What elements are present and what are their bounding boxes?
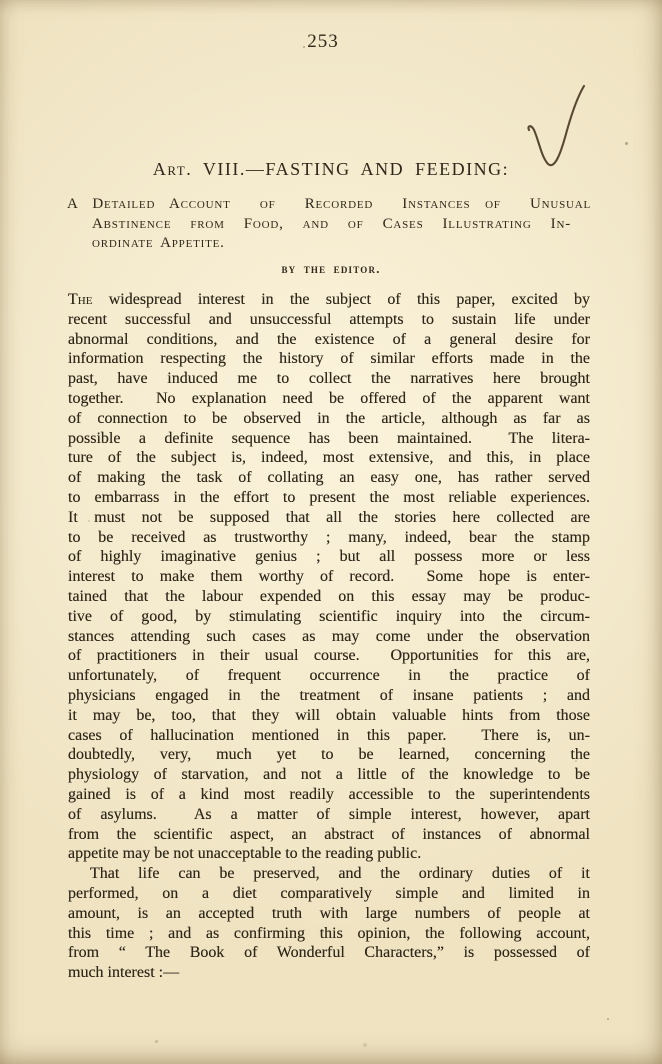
text-line: interest to make them worthy of record. …: [68, 567, 590, 587]
text-line: The widespread interest in the subject o…: [68, 290, 590, 310]
text-line: much interest :—: [68, 963, 590, 983]
text-line: cases of hallucination mentioned in this…: [68, 726, 590, 746]
text-line: abnormal conditions, and the existence o…: [68, 330, 590, 350]
text-line: physiology of starvation, and not a litt…: [68, 765, 590, 785]
text-line: possible a definite sequence has been ma…: [68, 429, 590, 449]
paper-speck: [625, 142, 628, 145]
text-line: of asylums. As a matter of simple intere…: [68, 805, 590, 825]
text-line: stances attending such cases as may come…: [68, 627, 590, 647]
paper-speck: [88, 520, 90, 522]
text-line: of connection to be observed in the arti…: [68, 409, 590, 429]
text-line: ture of the subject is, indeed, most ext…: [68, 448, 590, 468]
text-line: unfortunately, of frequent occurrence in…: [68, 666, 590, 686]
byline: by the editor.: [0, 262, 662, 277]
text-line: it may be, too, that they will obtain va…: [68, 706, 590, 726]
text-line: recent successful and unsuccessful attem…: [68, 310, 590, 330]
paper-speck: [303, 46, 305, 48]
book-page: 253 Art. VIII.—FASTING AND FEEDING: A De…: [0, 0, 662, 1064]
text-line: amount, is an accepted truth with large …: [68, 904, 590, 924]
text-line: That life can be preserved, and the ordi…: [68, 864, 590, 884]
article-title-text: VIII.—FASTING AND FEEDING:: [192, 159, 509, 179]
paper-speck: [575, 760, 577, 762]
text-line: tained that the labour expended on this …: [68, 587, 590, 607]
page-number: 253: [0, 31, 662, 53]
paragraph: That life can be preserved, and the ordi…: [68, 864, 590, 983]
text-line: this time ; and as confirming this opini…: [68, 924, 590, 944]
article-title: Art. VIII.—FASTING AND FEEDING:: [0, 159, 662, 180]
subtitle-line: A Detailed Account of Recorded Instances…: [67, 195, 591, 215]
text-line: appetite may be not unacceptable to the …: [68, 844, 590, 864]
text-line: from “ The Book of Wonderful Characters,…: [68, 943, 590, 963]
article-body: The widespread interest in the subject o…: [68, 290, 590, 983]
article-subtitle: A Detailed Account of Recorded Instances…: [67, 195, 591, 254]
text-line: past, have induced me to collect the nar…: [68, 369, 590, 389]
subtitle-line: Abstinence from Food, and of Cases Illus…: [92, 215, 571, 235]
text-line: information respecting the history of si…: [68, 349, 590, 369]
paper-speck: [607, 1018, 609, 1020]
text-line: tive of good, by stimulating scientific …: [68, 607, 590, 627]
small-caps-lead: The: [68, 291, 92, 308]
paragraph: The widespread interest in the subject o…: [68, 290, 590, 864]
text-line: physicians engaged in the treatment of i…: [68, 686, 590, 706]
text-line: to embarrass in the effort to present th…: [68, 488, 590, 508]
text-line: together. No explanation need be offered…: [68, 389, 590, 409]
text-line: performed, on a diet comparatively simpl…: [68, 884, 590, 904]
paper-speck: [155, 1040, 158, 1043]
text-line: of practitioners in their usual course. …: [68, 646, 590, 666]
text-line: of making the task of collating an easy …: [68, 468, 590, 488]
subtitle-line: ordinate Appetite.: [92, 234, 591, 254]
paper-speck: [363, 1043, 367, 1047]
text-line: to be received as trustworthy ; many, in…: [68, 528, 590, 548]
text-line: from the scientific aspect, an abstract …: [68, 825, 590, 845]
text-line: doubtedly, very, much yet to be learned,…: [68, 745, 590, 765]
text-line: gained is of a kind most readily accessi…: [68, 785, 590, 805]
article-number-label: Art.: [153, 159, 192, 179]
text-line: of highly imaginative genius ; but all p…: [68, 547, 590, 567]
text-line: It must not be supposed that all the sto…: [68, 508, 590, 528]
